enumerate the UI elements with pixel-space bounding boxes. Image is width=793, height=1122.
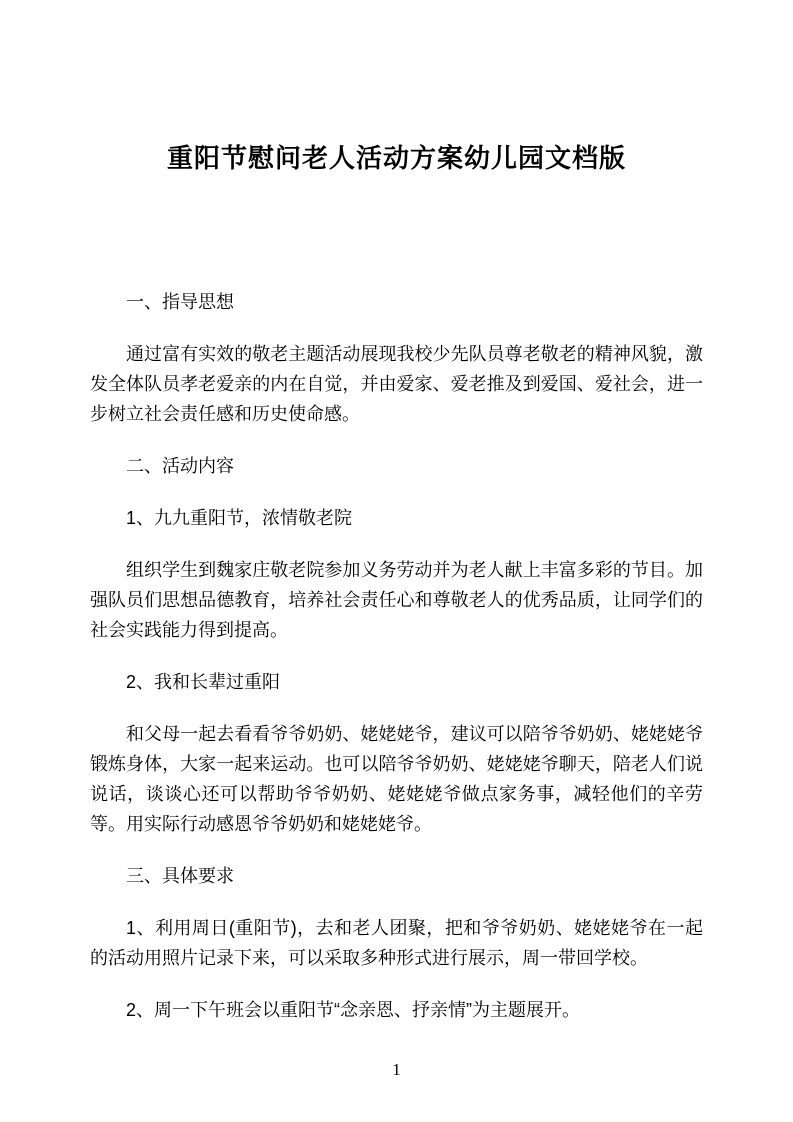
paragraph-festival-with-elders: 和父母一起去看看爷爷奶奶、姥姥姥爷，建议可以陪爷爷奶奶、姥姥姥爷锻炼身体，大家一… [90, 719, 703, 839]
section-heading-guiding-ideology: 一、指导思想 [90, 287, 703, 317]
paragraph-nursing-home-visit: 组织学生到魏家庄敬老院参加义务劳动并为老人献上丰富多彩的节目。加强队员们思想品德… [90, 555, 703, 645]
document-page: 重阳节慰问老人活动方案幼儿园文档版 一、指导思想 通过富有实效的敬老主题活动展现… [0, 0, 793, 1122]
paragraph-requirement-2: 2、周一下午班会以重阳节“念亲恩、抒亲情”为主题展开。 [90, 995, 703, 1025]
section-heading-specific-requirements: 三、具体要求 [90, 861, 703, 891]
paragraph-guiding-ideology: 通过富有实效的敬老主题活动展现我校少先队员尊老敬老的精神风貌，激发全体队员孝老爱… [90, 339, 703, 429]
item-heading-festival-with-elders: 2、我和长辈过重阳 [90, 667, 703, 697]
page-footer: 1 [0, 1060, 793, 1080]
document-title: 重阳节慰问老人活动方案幼儿园文档版 [0, 0, 793, 176]
section-heading-activity-content: 二、活动内容 [90, 451, 703, 481]
document-body: 一、指导思想 通过富有实效的敬老主题活动展现我校少先队员尊老敬老的精神风貌，激发… [0, 287, 793, 1025]
page-number: 1 [392, 1060, 401, 1079]
paragraph-requirement-1: 1、利用周日(重阳节)，去和老人团聚，把和爷爷奶奶、姥姥姥爷在一起的活动用照片记… [90, 913, 703, 973]
item-heading-nursing-home-visit: 1、九九重阳节，浓情敬老院 [90, 503, 703, 533]
